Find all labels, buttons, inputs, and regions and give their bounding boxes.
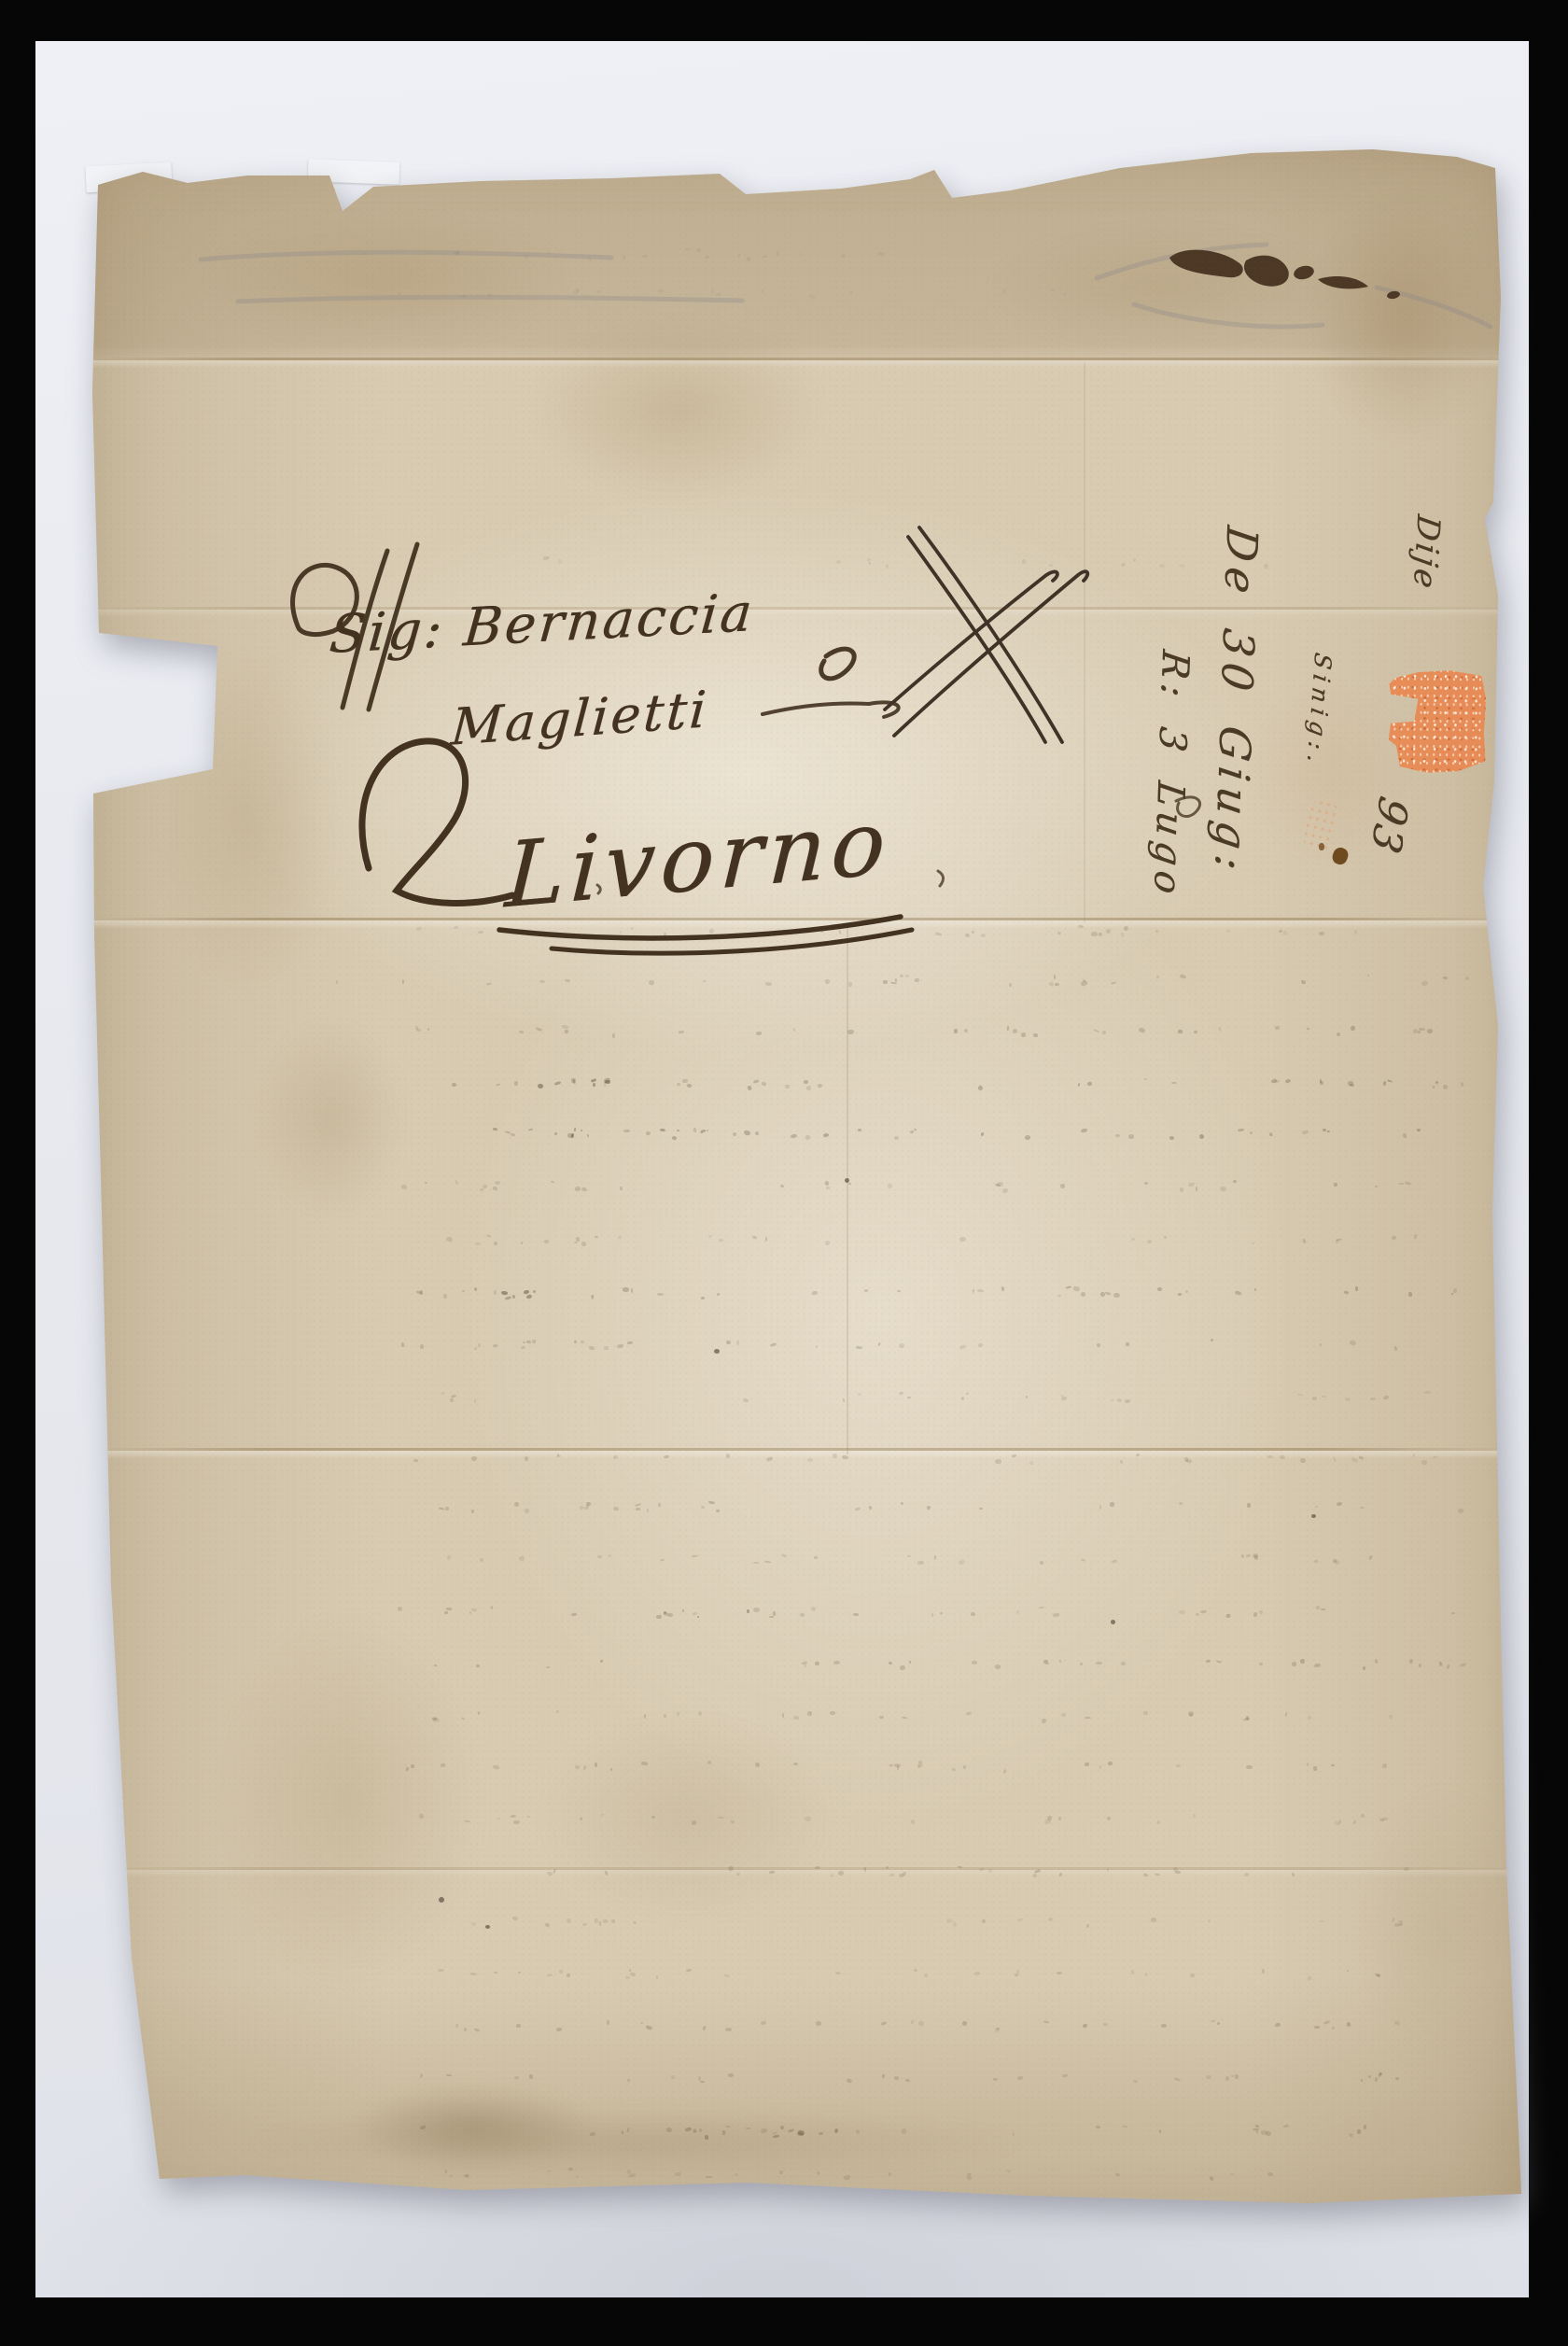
bleedthrough-speck: [625, 1976, 630, 1979]
bleedthrough-speck: [843, 1398, 846, 1402]
bleedthrough-speck: [771, 2131, 777, 2134]
bleedthrough-speck: [915, 978, 919, 982]
bleedthrough-speck: [698, 2076, 702, 2081]
bleedthrough-speck: [645, 1131, 651, 1136]
bleedthrough-speck: [545, 1922, 551, 1927]
bleedthrough-speck: [797, 2131, 804, 2136]
bleedthrough-speck: [504, 1296, 511, 1300]
bleedthrough-speck: [477, 930, 483, 934]
bleedthrough-speck: [963, 1765, 966, 1769]
bleedthrough-speck: [1443, 976, 1448, 978]
bleedthrough-speck: [864, 1867, 867, 1872]
bleedthrough-speck: [1049, 288, 1055, 291]
bleedthrough-speck: [1190, 1974, 1195, 1977]
bleedthrough-speck: [972, 1661, 977, 1665]
bleedthrough-speck: [1205, 2075, 1211, 2080]
bleedthrough-speck: [805, 1817, 811, 1821]
bleedthrough-speck: [677, 1711, 679, 1715]
bleedthrough-speck: [813, 295, 816, 300]
bleedthrough-speck: [1138, 1027, 1145, 1033]
bleedthrough-speck: [623, 255, 625, 260]
bleedthrough-speck: [604, 1345, 609, 1349]
bleedthrough-speck: [657, 1293, 664, 1296]
bleedthrough-speck: [657, 288, 663, 291]
bleedthrough-speck: [628, 2174, 634, 2178]
bleedthrough-speck: [590, 2131, 596, 2136]
bleedthrough-speck: [649, 979, 655, 986]
stain: [126, 596, 369, 1044]
bleedthrough-speck: [1405, 1181, 1411, 1186]
bleedthrough-speck: [1059, 1873, 1063, 1876]
bleedthrough-speck: [732, 1131, 736, 1135]
bleedthrough-speck: [918, 1761, 922, 1764]
bleedthrough-speck: [529, 2074, 534, 2079]
bleedthrough-speck: [707, 1235, 711, 1239]
bleedthrough-speck: [574, 1341, 577, 1344]
bleedthrough-speck: [512, 1294, 516, 1299]
bleedthrough-speck: [840, 253, 846, 258]
bleedthrough-speck: [526, 1294, 533, 1299]
bleedthrough-speck: [575, 1236, 580, 1241]
bleedthrough-speck: [1077, 1083, 1080, 1088]
bleedthrough-speck: [1275, 2023, 1281, 2028]
bleedthrough-speck: [1408, 1292, 1413, 1298]
bleedthrough-speck: [1041, 1718, 1046, 1723]
bleedthrough-speck: [490, 1606, 494, 1610]
bleedthrough-speck: [416, 1029, 422, 1033]
bleedthrough-speck: [755, 1131, 759, 1135]
bleedthrough-speck: [1374, 2077, 1378, 2082]
bleedthrough-speck: [1144, 1078, 1147, 1081]
bleedthrough-speck: [847, 2078, 853, 2083]
bleedthrough-speck: [1417, 1129, 1421, 1131]
bleedthrough-speck: [1315, 1505, 1319, 1508]
bleedthrough-speck: [362, 253, 366, 255]
bleedthrough-speck: [575, 1187, 581, 1191]
bleedthrough-speck: [1062, 2074, 1068, 2078]
bleedthrough-speck: [1057, 1817, 1060, 1820]
bleedthrough-speck: [1379, 2072, 1383, 2075]
bleedthrough-speck: [1230, 2173, 1234, 2175]
bleedthrough-speck: [804, 1080, 808, 1084]
bleedthrough-speck: [966, 1393, 970, 1396]
bleedthrough-speck: [406, 1767, 410, 1771]
bleedthrough-speck: [1238, 1128, 1244, 1131]
bleedthrough-speck: [847, 982, 851, 987]
bleedthrough-speck: [425, 1181, 427, 1184]
bleedthrough-speck: [781, 1713, 784, 1718]
bleedthrough-speck: [523, 1289, 529, 1294]
bleedthrough-speck: [765, 981, 772, 985]
bleedthrough-speck: [1345, 1397, 1351, 1401]
bleedthrough-speck: [1107, 1817, 1112, 1821]
bleedthrough-speck: [568, 2168, 573, 2171]
bleedthrough-speck: [785, 1084, 791, 1088]
bleedthrough-speck: [1267, 2172, 1272, 2177]
bleedthrough-speck: [693, 2128, 696, 2132]
bleedthrough-speck: [934, 1555, 937, 1560]
bleedthrough-speck: [753, 1079, 759, 1083]
bleedthrough-speck: [1354, 930, 1357, 934]
bleedthrough-speck: [1114, 2172, 1119, 2177]
bleedthrough-speck: [686, 1968, 693, 1972]
bleedthrough-speck: [902, 1872, 906, 1875]
fold-line-2: [89, 607, 1523, 610]
bleedthrough-speck: [636, 1508, 640, 1510]
bleedthrough-speck: [997, 1182, 1003, 1187]
bleedthrough-speck: [700, 1131, 703, 1134]
bleedthrough-speck: [557, 559, 562, 565]
bleedthrough-speck: [708, 1501, 715, 1505]
bleedthrough-speck: [1393, 1345, 1397, 1351]
bleedthrough-speck: [677, 1130, 679, 1131]
bleedthrough-speck: [464, 1819, 470, 1822]
bleedthrough-speck: [570, 1078, 574, 1084]
bleedthrough-speck: [1347, 1969, 1350, 1972]
bleedthrough-speck: [581, 1241, 587, 1246]
bleedthrough-speck: [1157, 1287, 1162, 1292]
bleedthrough-speck: [1335, 1560, 1340, 1566]
bleedthrough-speck: [1131, 1970, 1135, 1974]
bleedthrough-speck: [743, 1130, 750, 1136]
bleedthrough-speck: [640, 2021, 643, 2024]
bleedthrough-speck: [1110, 1502, 1114, 1507]
bleedthrough-speck: [1355, 1286, 1358, 1291]
bleedthrough-speck: [546, 1666, 550, 1668]
bleedthrough-speck: [605, 1079, 610, 1084]
bleedthrough-speck: [607, 2020, 610, 2025]
bleedthrough-speck: [725, 2028, 732, 2031]
bleedthrough-speck: [664, 1714, 667, 1719]
bleedthrough-speck: [1017, 2076, 1023, 2080]
bleedthrough-speck: [605, 1871, 609, 1875]
bleedthrough-speck: [1319, 1920, 1324, 1923]
bleedthrough-speck: [1377, 1974, 1380, 1977]
bleedthrough-speck: [1247, 1503, 1251, 1508]
bleedthrough-speck: [595, 1235, 598, 1238]
bleedthrough-speck: [573, 1079, 576, 1084]
ink-blot-group: [1169, 250, 1401, 301]
bleedthrough-speck: [1057, 932, 1062, 935]
bleedthrough-speck: [444, 1611, 448, 1614]
bleedthrough-speck: [797, 2129, 805, 2135]
bleedthrough-speck: [718, 1817, 724, 1819]
bleedthrough-speck: [536, 1027, 542, 1032]
bleedthrough-speck: [634, 1503, 640, 1507]
bleedthrough-speck: [705, 2135, 708, 2140]
bleedthrough-speck: [449, 2174, 453, 2177]
bleedthrough-speck: [1253, 1552, 1259, 1559]
bleedthrough-speck: [439, 1507, 444, 1510]
bleedthrough-speck: [988, 1869, 993, 1873]
bleedthrough-speck: [1083, 979, 1085, 982]
bleedthrough-speck: [571, 1612, 577, 1616]
bleedthrough-speck: [1211, 1339, 1213, 1342]
docket-line-received: R: 3 Lugo: [1145, 648, 1197, 903]
bleedthrough-speck: [1300, 1457, 1306, 1463]
bleedthrough-speck: [1086, 1923, 1090, 1927]
bleedthrough-speck: [663, 1611, 665, 1615]
bleedthrough-speck: [494, 1972, 497, 1974]
bleedthrough-speck: [1235, 2074, 1239, 2080]
bleedthrough-speck: [825, 979, 831, 985]
bleedthrough-speck: [1435, 1081, 1438, 1085]
bleedthrough-speck: [1121, 563, 1127, 568]
bleedthrough-speck: [1254, 1288, 1256, 1291]
bleedthrough-speck: [1196, 1187, 1197, 1191]
bleedthrough-speck: [591, 1294, 594, 1297]
bleedthrough-speck: [1339, 1819, 1342, 1824]
bleedthrough-speck: [455, 1180, 458, 1185]
bleedthrough-speck: [762, 289, 764, 292]
bleedthrough-speck: [546, 2170, 551, 2172]
bleedthrough-speck: [895, 978, 897, 982]
bleedthrough-speck: [582, 1923, 587, 1927]
bleedthrough-speck: [1360, 1507, 1365, 1510]
bleedthrough-speck: [701, 1129, 707, 1132]
bleedthrough-speck: [438, 1969, 444, 1972]
bleedthrough-speck: [779, 2170, 783, 2174]
bleedthrough-speck: [1382, 1818, 1388, 1820]
bleedthrough-speck: [743, 1398, 749, 1402]
bleedthrough-speck: [869, 1505, 873, 1510]
bleedthrough-speck: [764, 1560, 771, 1564]
bleedthrough-speck: [967, 2175, 973, 2181]
docket-line-origin: Sinig:.: [1302, 651, 1337, 770]
bleedthrough-speck: [959, 1237, 966, 1242]
bleedthrough-speck: [452, 1082, 457, 1087]
bleedthrough-speck: [682, 1609, 684, 1612]
bleedthrough-speck: [1271, 1078, 1277, 1083]
bleedthrough-speck: [869, 562, 872, 565]
bleedthrough-speck: [769, 1342, 776, 1347]
bleedthrough-speck: [693, 2130, 698, 2134]
bleedthrough-speck: [823, 1132, 830, 1137]
bleedthrough-speck: [519, 1031, 524, 1033]
bleedthrough-speck: [565, 978, 571, 982]
bleedthrough-speck: [807, 1711, 813, 1717]
bleedthrough-speck: [1025, 1396, 1028, 1398]
bleedthrough-speck: [1096, 1662, 1102, 1665]
bleedthrough-speck: [492, 1343, 497, 1347]
bleedthrough-speck: [1291, 1872, 1294, 1876]
bleedthrough-speck: [1092, 1029, 1099, 1033]
stray-ink-squiggle: [597, 797, 1200, 893]
bleedthrough-speck: [1081, 1292, 1085, 1297]
bleedthrough-speck: [1337, 1238, 1342, 1242]
bleedthrough-speck: [1352, 1820, 1356, 1825]
bleedthrough-speck: [885, 563, 889, 568]
bleedthrough-speck: [971, 1612, 975, 1617]
bleedthrough-speck: [967, 2173, 972, 2176]
bleedthrough-speck: [1332, 1559, 1336, 1563]
bleedthrough-speck: [816, 2021, 821, 2026]
bleedthrough-speck: [788, 2128, 794, 2133]
bleedthrough-speck: [753, 1561, 759, 1564]
bleedthrough-speck: [445, 2073, 451, 2076]
bleedthrough-speck: [831, 1874, 833, 1878]
bleedthrough-speck: [455, 2024, 459, 2028]
bleedthrough-speck: [551, 1180, 555, 1183]
bleedthrough-speck: [731, 1820, 735, 1823]
bleedthrough-speck: [1179, 563, 1185, 568]
bleedthrough-speck: [725, 1454, 730, 1459]
bleedthrough-speck: [613, 1507, 619, 1512]
bleedthrough-speck: [1055, 983, 1059, 987]
bleedthrough-speck: [1349, 1340, 1356, 1346]
bleedthrough-speck: [838, 929, 842, 934]
bleedthrough-speck: [1404, 1867, 1410, 1872]
bleedthrough-speck: [477, 1710, 480, 1715]
bleedthrough-speck: [1461, 1082, 1464, 1088]
bleedthrough-speck: [1173, 1866, 1179, 1872]
bleedthrough-speck: [693, 1128, 697, 1132]
bleedthrough-speck: [525, 1508, 529, 1513]
bleedthrough-speck: [1366, 975, 1369, 977]
bleedthrough-speck: [1120, 1661, 1126, 1665]
bleedthrough-speck: [667, 1613, 673, 1617]
bleedthrough-speck: [1029, 1460, 1033, 1465]
bleedthrough-speck: [1049, 564, 1054, 568]
bleedthrough-speck: [1158, 2129, 1160, 2133]
bleedthrough-speck: [806, 1458, 812, 1463]
bleedthrough-speck: [1225, 2076, 1230, 2081]
bleedthrough-speck: [833, 1661, 840, 1665]
bleedthrough-speck: [554, 1132, 558, 1136]
bleedthrough-speck: [547, 556, 550, 559]
bleedthrough-speck: [574, 1242, 578, 1243]
bleedthrough-speck: [581, 1130, 583, 1132]
bleedthrough-speck: [854, 1507, 860, 1511]
bleedthrough-speck: [899, 1343, 904, 1348]
bleedthrough-speck: [1389, 1715, 1393, 1719]
bleedthrough-speck: [995, 1665, 1001, 1669]
bleedthrough-speck: [752, 1235, 758, 1240]
bleedthrough-speck: [900, 1665, 906, 1670]
bleedthrough-speck: [474, 1287, 478, 1291]
bleedthrough-speck: [857, 1392, 861, 1396]
bleedthrough-speck: [1045, 1663, 1049, 1665]
fold-line-3: [89, 918, 1523, 920]
bleedthrough-speck: [769, 1870, 775, 1874]
bleedthrough-speck: [1244, 1872, 1250, 1877]
bleedthrough-speck: [659, 1559, 664, 1562]
bleedthrough-speck: [724, 2125, 731, 2128]
bleedthrough-speck: [1451, 1611, 1455, 1613]
bleedthrough-speck: [918, 1764, 924, 1768]
stain: [313, 2071, 630, 2183]
bleedthrough-speck: [658, 1503, 661, 1507]
bleedthrough-speck: [810, 1607, 816, 1612]
stain: [929, 204, 1395, 372]
docket-line-date: De 30 Giug:: [1205, 523, 1267, 879]
bleedthrough-speck: [1348, 2132, 1353, 2137]
bleedthrough-speck: [626, 2170, 631, 2174]
bleedthrough-speck: [593, 1083, 595, 1087]
bleedthrough-speck: [889, 1873, 893, 1876]
bleedthrough-speck: [1369, 1398, 1375, 1400]
bleedthrough-speck: [461, 1290, 464, 1293]
bleedthrough-speck: [1218, 1027, 1221, 1033]
bleedthrough-speck: [1126, 1342, 1130, 1347]
bleedthrough-speck: [520, 1346, 525, 1350]
maglietti-strike: [763, 702, 899, 717]
bleedthrough-speck: [755, 1763, 760, 1768]
bleedthrough-speck: [1060, 1712, 1066, 1717]
letter-paper-wrap: Sig: Bernaccia Maglietti Livorno Dije De…: [0, 0, 1568, 2346]
bleedthrough-speck: [964, 933, 970, 937]
ink-speck: [1111, 1620, 1115, 1624]
bleedthrough-speck: [1178, 1030, 1183, 1033]
bleedthrough-speck: [1132, 2079, 1138, 2084]
bleedthrough-speck: [399, 292, 401, 296]
bleedthrough-speck: [728, 2073, 734, 2077]
bleedthrough-speck: [1122, 2126, 1128, 2128]
bleedthrough-speck: [833, 1454, 838, 1459]
bleedthrough-speck: [617, 1236, 621, 1240]
bleedthrough-speck: [1261, 2130, 1267, 2136]
bleedthrough-speck: [505, 1131, 511, 1134]
bleedthrough-speck: [475, 1242, 481, 1244]
bleedthrough-speck: [631, 927, 634, 931]
bleedthrough-speck: [907, 1397, 911, 1398]
bleedthrough-speck: [1313, 1559, 1318, 1563]
bleedthrough-speck: [1439, 1662, 1443, 1666]
bleedthrough-speck: [600, 1814, 603, 1817]
bleedthrough-speck: [446, 1608, 452, 1610]
bleedthrough-speck: [558, 1970, 563, 1974]
bleedthrough-speck: [747, 1608, 750, 1612]
bleedthrough-speck: [1331, 1764, 1335, 1767]
bleedthrough-speck: [623, 1130, 629, 1132]
address-line-2: Maglietti: [449, 680, 710, 757]
bleedthrough-speck: [825, 1180, 830, 1186]
bleedthrough-speck: [514, 1502, 520, 1508]
bleedthrough-speck: [537, 1083, 543, 1089]
bleedthrough-speck: [420, 1344, 424, 1349]
bleedthrough-speck: [1322, 1396, 1326, 1398]
bleedthrough-speck: [460, 295, 466, 299]
bleedthrough-speck: [1206, 1659, 1211, 1663]
bleedthrough-speck: [825, 1241, 830, 1245]
bleedthrough-speck: [1319, 1342, 1322, 1345]
bleedthrough-speck: [1379, 1819, 1383, 1822]
bleedthrough-speck: [1187, 1182, 1194, 1187]
bleedthrough-speck: [765, 1237, 768, 1242]
bleedthrough-speck: [799, 1612, 805, 1616]
bleedthrough-speck: [1413, 1453, 1415, 1456]
bleedthrough-speck: [1459, 1663, 1465, 1667]
bleedthrough-speck: [1392, 1235, 1397, 1240]
bleedthrough-speck: [793, 1715, 799, 1720]
bleedthrough-speck: [433, 1718, 440, 1721]
bleedthrough-speck: [1142, 1873, 1148, 1876]
bleedthrough-speck: [476, 1665, 480, 1668]
bleedthrough-speck: [419, 1814, 424, 1819]
bleedthrough-speck: [1002, 1187, 1009, 1193]
bleedthrough-speck: [1053, 975, 1056, 979]
bleedthrough-speck: [1103, 2023, 1108, 2027]
bleedthrough-speck: [1113, 1292, 1120, 1298]
bleedthrough-speck: [576, 2175, 579, 2178]
bleedthrough-speck: [1426, 1029, 1433, 1034]
bleedthrough-speck: [1043, 1819, 1050, 1826]
bleedthrough-speck: [587, 1133, 590, 1137]
bleedthrough-speck: [888, 1184, 892, 1189]
bleedthrough-speck: [911, 2020, 915, 2025]
bleedthrough-speck: [609, 1553, 612, 1557]
bleedthrough-speck: [532, 1339, 537, 1342]
